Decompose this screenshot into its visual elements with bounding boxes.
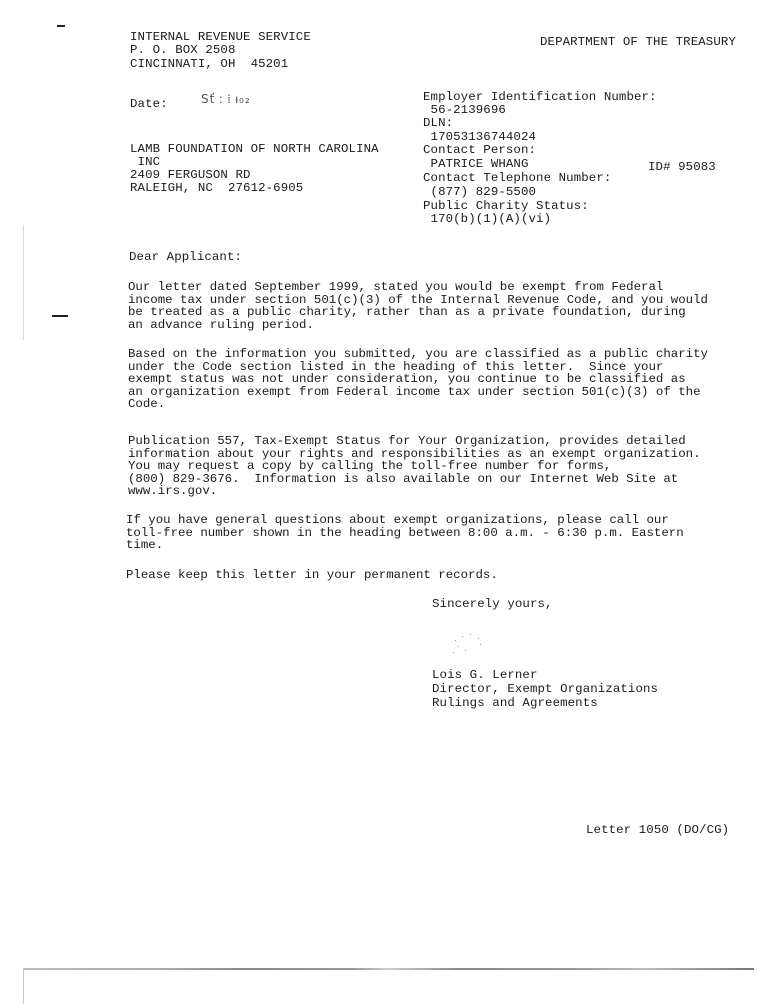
recipient-line-1: LAMB FOUNDATION OF NORTH CAROLINA [130, 142, 379, 157]
margin-mark-middle [52, 315, 68, 317]
paragraph-2: Based on the information you submitted, … [128, 348, 708, 411]
contact-person-label: Contact Person: [423, 143, 536, 158]
dln-label: DLN: [423, 116, 453, 131]
letter-code: Letter 1050 (DO/CG) [586, 823, 729, 838]
paragraph-4: If you have general questions about exem… [126, 514, 684, 552]
left-edge-line-bottom [23, 968, 24, 1004]
paragraph-3: Publication 557, Tax-Exempt Status for Y… [128, 435, 701, 498]
department-heading: DEPARTMENT OF THE TREASURY [540, 35, 736, 50]
recipient-line-4: RALEIGH, NC 27612-6905 [130, 181, 303, 196]
date-stamp: Sť : ⁞ ᵼ₀₂ [201, 92, 251, 106]
signatory-title-1: Director, Exempt Organizations [432, 682, 658, 697]
signatory-name: Lois G. Lerner [432, 668, 538, 683]
closing: Sincerely yours, [432, 597, 553, 612]
sender-line-3: CINCINNATI, OH 45201 [130, 57, 288, 72]
signature-mark [450, 632, 500, 657]
charity-status-value: 170(b)(1)(A)(vi) [423, 212, 551, 227]
sender-line-2: P. O. BOX 2508 [130, 43, 236, 58]
salutation: Dear Applicant: [129, 250, 242, 265]
left-edge-line [23, 225, 24, 340]
contact-phone-value: (877) 829-5500 [423, 185, 536, 200]
contact-phone-label: Contact Telephone Number: [423, 171, 611, 186]
paragraph-1: Our letter dated September 1999, stated … [128, 281, 708, 331]
contact-id: ID# 95083 [648, 160, 716, 175]
signatory-title-2: Rulings and Agreements [432, 696, 598, 711]
contact-person-value: PATRICE WHANG [423, 157, 529, 172]
margin-mark-top [57, 25, 65, 27]
date-label: Date: [130, 97, 168, 112]
paragraph-5: Please keep this letter in your permanen… [126, 569, 498, 582]
page-bottom-edge [24, 968, 754, 970]
